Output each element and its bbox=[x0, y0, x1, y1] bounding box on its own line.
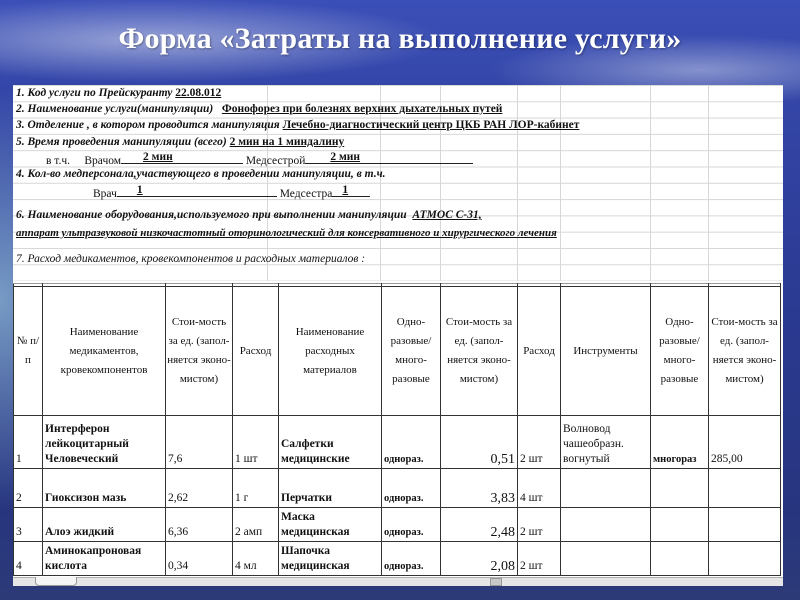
service-name-value[interactable]: Фонофорез при болезнях верхних дыхательн… bbox=[222, 103, 503, 115]
table-row: 2 Гиоксизон мазь 2,62 1 г Перчатки однор… bbox=[14, 469, 781, 508]
cell-instrument[interactable] bbox=[561, 469, 651, 508]
form-line-4: 4. Кол-во медперсонала,участвующего в пр… bbox=[16, 167, 386, 182]
grid-line bbox=[650, 85, 651, 281]
service-name-label: 2. Наименование услуги(манипуляции) bbox=[16, 103, 213, 115]
cell-medication-cost[interactable]: 6,36 bbox=[166, 508, 233, 542]
grid-line bbox=[517, 85, 518, 281]
cell-material[interactable]: Салфетки медицинские bbox=[279, 416, 382, 469]
table-row: 3 Алоэ жидкий 6,36 2 амп Маска медицинск… bbox=[14, 508, 781, 542]
header-cell: Стои-мость за ед. (запол-няется эконо-ми… bbox=[709, 287, 781, 416]
cell-material-cost[interactable]: 0,51 bbox=[441, 416, 518, 469]
doctor-time-label: Врачом bbox=[84, 155, 121, 167]
cell-medication-usage[interactable]: 2 амп bbox=[233, 508, 279, 542]
cell-medication-usage[interactable]: 4 мл bbox=[233, 542, 279, 576]
header-cell: Расход bbox=[518, 287, 561, 416]
form-line-2: 2. Наименование услуги(манипуляции) Фоно… bbox=[16, 102, 502, 117]
doctor-count-label: Врач bbox=[93, 188, 117, 200]
nurse-count-field[interactable]: 1 bbox=[332, 184, 370, 197]
nurse-count-value: 1 bbox=[342, 183, 348, 198]
header-cell: № п/п bbox=[14, 287, 43, 416]
nurse-time-field[interactable]: 2 мин bbox=[305, 151, 473, 164]
department-value[interactable]: Лечебно-диагностический центр ЦКБ РАН ЛО… bbox=[283, 119, 580, 131]
header-cell: Одно-разовые/ много-разовые bbox=[382, 287, 441, 416]
cell-medication-usage[interactable]: 1 шт bbox=[233, 416, 279, 469]
form-line-4-detail: Врач1 Медсестра1 bbox=[93, 184, 370, 202]
cell-material-usage[interactable]: 2 шт bbox=[518, 542, 561, 576]
table-row: 4 Аминокапроновая кислота 0,34 4 мл Шапо… bbox=[14, 542, 781, 576]
cell-medication[interactable]: Алоэ жидкий bbox=[43, 508, 166, 542]
cell-material-usage[interactable]: 4 шт bbox=[518, 469, 561, 508]
cell-instrument[interactable] bbox=[561, 508, 651, 542]
scrollbar-thumb[interactable] bbox=[490, 578, 502, 586]
form-line-5: 5. Время проведения манипуляции (всего) … bbox=[16, 135, 344, 150]
header-cell: Стои-мость за ед. (запол-няется эконо-ми… bbox=[441, 287, 518, 416]
cell-medication-usage[interactable]: 1 г bbox=[233, 469, 279, 508]
cell-material-cost[interactable]: 2,08 bbox=[441, 542, 518, 576]
cell-instrument[interactable] bbox=[561, 542, 651, 576]
form-line-7: 7. Расход медикаментов, кровекомпонентов… bbox=[16, 252, 365, 267]
cell-medication-cost[interactable]: 7,6 bbox=[166, 416, 233, 469]
cell-instrument-type[interactable] bbox=[651, 508, 709, 542]
cell-material[interactable]: Шапочка медицинская bbox=[279, 542, 382, 576]
cell-medication[interactable]: Интерферон лейкоцитарный Человеческий bbox=[43, 416, 166, 469]
cell-instrument[interactable]: Волновод чашеобразн. вогнутый bbox=[561, 416, 651, 469]
form-line-3: 3. Отделение , в котором проводится мани… bbox=[16, 118, 579, 133]
header-cell: Инструменты bbox=[561, 287, 651, 416]
nurse-count-label: Медсестра bbox=[280, 188, 333, 200]
cell-number[interactable]: 2 bbox=[14, 469, 43, 508]
cell-material[interactable]: Перчатки bbox=[279, 469, 382, 508]
cell-material-cost[interactable]: 3,83 bbox=[441, 469, 518, 508]
form-line-6-cont: аппарат ультразвуковой низкочастотный от… bbox=[16, 226, 557, 241]
horizontal-scrollbar[interactable] bbox=[13, 577, 783, 586]
including-label: в т.ч. bbox=[46, 155, 70, 167]
duration-label: 5. Время проведения манипуляции (всего) bbox=[16, 136, 227, 148]
cell-number[interactable]: 1 bbox=[14, 416, 43, 469]
cell-instrument-type[interactable] bbox=[651, 469, 709, 508]
service-code-value[interactable]: 22.08.012 bbox=[175, 87, 221, 99]
cell-number[interactable]: 4 bbox=[14, 542, 43, 576]
cell-material-type[interactable]: однораз. bbox=[382, 416, 441, 469]
form-line-6: 6. Наименование оборудования,используемо… bbox=[16, 208, 482, 223]
cell-instrument-cost[interactable] bbox=[709, 508, 781, 542]
cell-number[interactable]: 3 bbox=[14, 508, 43, 542]
header-cell: Наименование медикаментов, кровекомпонен… bbox=[43, 287, 166, 416]
cell-material-type[interactable]: однораз. bbox=[382, 508, 441, 542]
cell-medication-cost[interactable]: 2,62 bbox=[166, 469, 233, 508]
equipment-label: 6. Наименование оборудования,используемо… bbox=[16, 209, 407, 221]
cell-instrument-cost[interactable] bbox=[709, 469, 781, 508]
equipment-value[interactable]: АТМОС С-31, bbox=[412, 209, 481, 221]
doctor-time-field[interactable]: 2 мин bbox=[121, 151, 243, 164]
doctor-time-value: 2 мин bbox=[143, 150, 173, 165]
cell-medication[interactable]: Аминокапроновая кислота bbox=[43, 542, 166, 576]
cell-material-type[interactable]: однораз. bbox=[382, 469, 441, 508]
costs-table: № п/п Наименование медикаментов, кровеко… bbox=[13, 283, 781, 576]
grid-line bbox=[560, 85, 561, 281]
slide-title: Форма «Затраты на выполнение услуги» bbox=[0, 22, 800, 56]
table-row: 1 Интерферон лейкоцитарный Человеческий … bbox=[14, 416, 781, 469]
nurse-time-label: Медсестрой bbox=[246, 155, 305, 167]
nurse-time-value: 2 мин bbox=[330, 150, 360, 165]
cell-instrument-type[interactable]: многораз bbox=[651, 416, 709, 469]
header-cell: Расход bbox=[233, 287, 279, 416]
cell-instrument-cost[interactable]: 285,00 bbox=[709, 416, 781, 469]
cell-instrument-cost[interactable] bbox=[709, 542, 781, 576]
consumables-label: 7. Расход медикаментов, кровекомпонентов… bbox=[16, 253, 365, 265]
equipment-description[interactable]: аппарат ультразвуковой низкочастотный от… bbox=[16, 227, 557, 239]
spreadsheet: 1. Код услуги по Прейскуранту 22.08.012 … bbox=[13, 85, 783, 578]
form-line-1: 1. Код услуги по Прейскуранту 22.08.012 bbox=[16, 86, 221, 101]
doctor-count-field[interactable]: 1 bbox=[117, 184, 277, 197]
header-cell: Стои-мость за ед. (запол-няется эконо-ми… bbox=[166, 287, 233, 416]
duration-value[interactable]: 2 мин на 1 миндалину bbox=[230, 136, 345, 148]
grid-line bbox=[708, 85, 709, 281]
cell-material-usage[interactable]: 2 шт bbox=[518, 416, 561, 469]
cell-instrument-type[interactable] bbox=[651, 542, 709, 576]
table-header-row: № п/п Наименование медикаментов, кровеко… bbox=[14, 287, 781, 416]
doctor-count-value: 1 bbox=[137, 183, 143, 198]
cell-material-usage[interactable]: 2 шт bbox=[518, 508, 561, 542]
cell-medication[interactable]: Гиоксизон мазь bbox=[43, 469, 166, 508]
service-code-label: 1. Код услуги по Прейскуранту bbox=[16, 87, 172, 99]
sheet-tab[interactable] bbox=[35, 577, 77, 586]
cell-material-cost[interactable]: 2,48 bbox=[441, 508, 518, 542]
staff-count-label: 4. Кол-во медперсонала,участвующего в пр… bbox=[16, 168, 386, 180]
department-label: 3. Отделение , в котором проводится мани… bbox=[16, 119, 280, 131]
header-cell: Наименование расходных материалов bbox=[279, 287, 382, 416]
cell-material-type[interactable]: однораз. bbox=[382, 542, 441, 576]
header-cell: Одно-разовые/ много-разовые bbox=[651, 287, 709, 416]
cell-medication-cost[interactable]: 0,34 bbox=[166, 542, 233, 576]
cell-material[interactable]: Маска медицинская bbox=[279, 508, 382, 542]
